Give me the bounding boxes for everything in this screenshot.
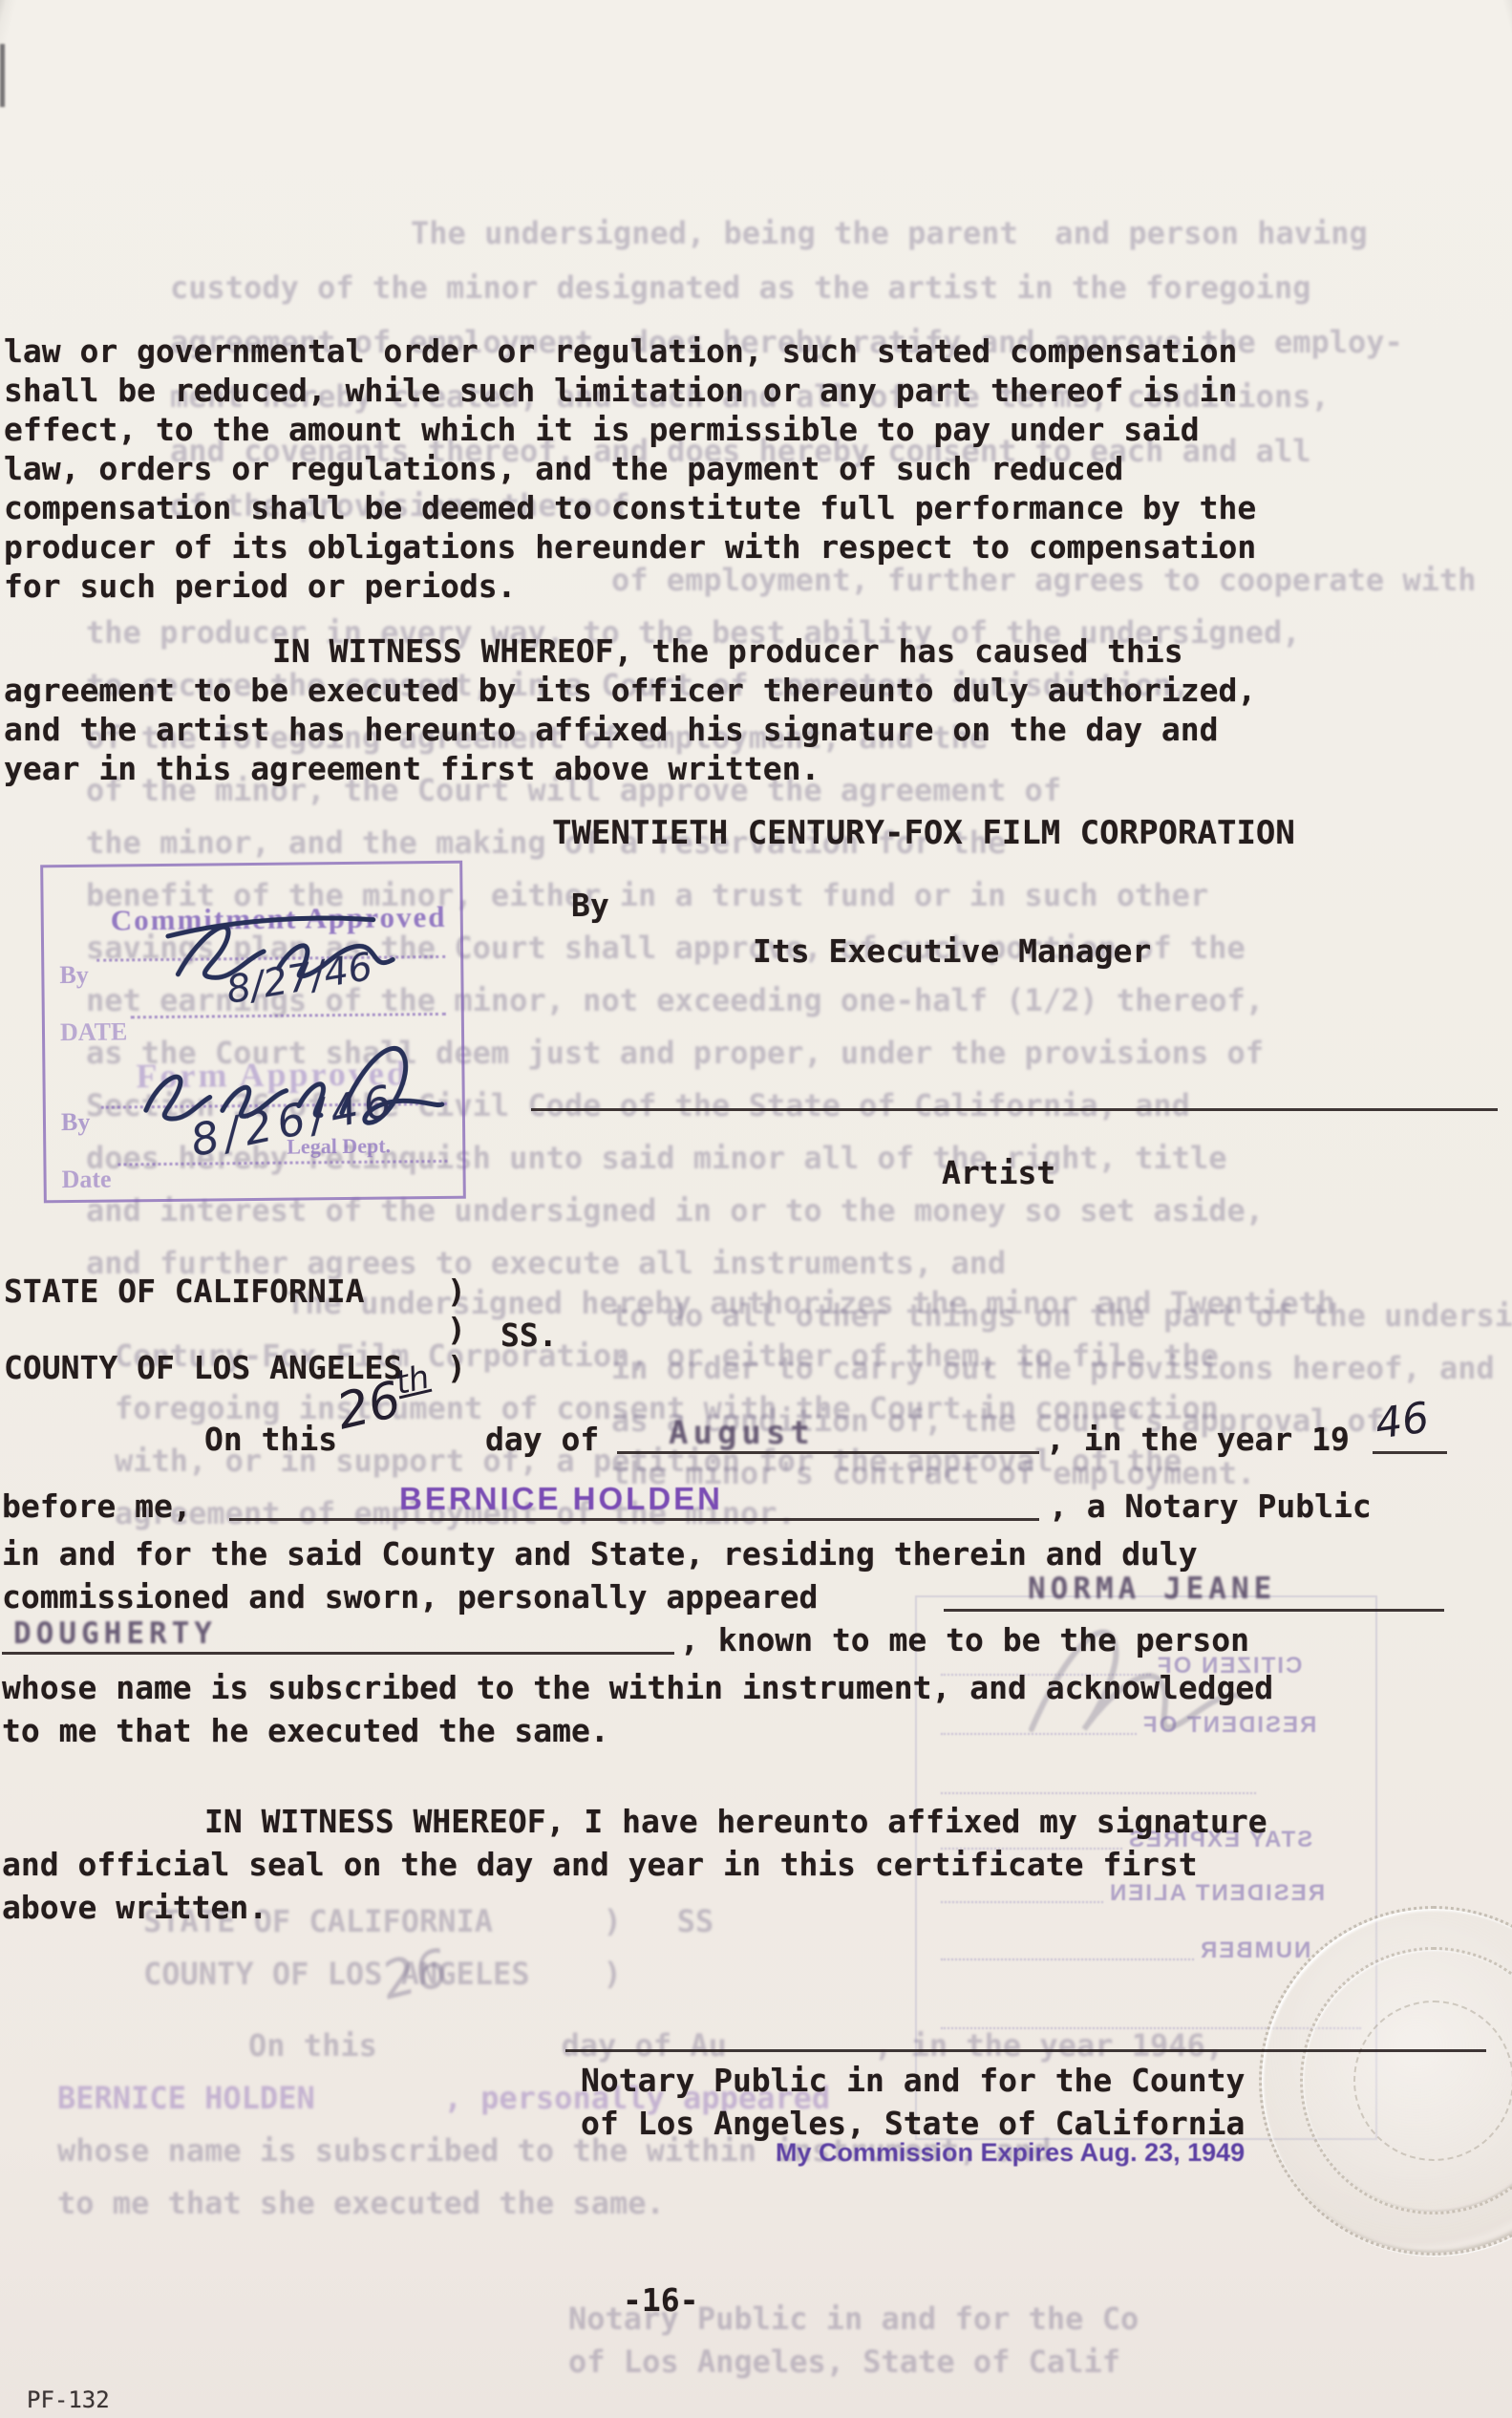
scan-edge-mark xyxy=(0,44,5,107)
ghost-line: The undersigned, being the parent and pe… xyxy=(411,215,1368,251)
typed-line: law, orders or regulations, and the paym… xyxy=(4,450,1123,488)
date-label: DATE xyxy=(60,1017,128,1047)
by-label: By xyxy=(59,961,89,990)
year-handwritten: 46 xyxy=(1373,1393,1433,1448)
appeared-line xyxy=(944,1609,1444,1612)
month-stamped: August xyxy=(669,1414,815,1452)
ss-label: SS. xyxy=(500,1316,558,1355)
typed-line: shall be reduced, while such limitation … xyxy=(4,372,1237,410)
typed-line: and official seal on the day and year in… xyxy=(2,1846,1198,1884)
typed-line: for such period or periods. xyxy=(4,567,516,606)
typed-line: whose name is subscribed to the within i… xyxy=(2,1669,1273,1707)
typed-line: in and for the said County and State, re… xyxy=(2,1535,1198,1573)
document-page: The undersigned, being the parent and pe… xyxy=(0,0,1512,2418)
by2-label: By xyxy=(61,1108,91,1137)
year-line xyxy=(1373,1451,1447,1454)
appeared-name-stamped: NORMA JEANE xyxy=(1028,1572,1276,1606)
typed-line: and the artist has hereunto affixed his … xyxy=(4,711,1219,749)
artist-signature-line xyxy=(531,1108,1498,1111)
typed-line: commissioned and sworn, personally appea… xyxy=(2,1578,818,1616)
day-of-label: day of xyxy=(485,1421,599,1459)
ghost-handwritten-day: 26 xyxy=(375,1937,454,2012)
artist-label: Artist xyxy=(942,1154,1055,1192)
appeared-line2 xyxy=(2,1652,674,1655)
by-label: By xyxy=(571,887,609,925)
year-prefix: , in the year 19 xyxy=(1046,1421,1350,1459)
ghost-line: custody of the minor designated as the a… xyxy=(170,269,1310,306)
known-suffix: , known to me to be the person xyxy=(680,1621,1249,1659)
ghost-line: of Los Angeles, State of Calif xyxy=(568,2343,1120,2380)
notary-name-stamped: BERNICE HOLDEN xyxy=(399,1481,723,1517)
ghost-line: of employment, further agrees to coopera… xyxy=(611,562,1476,598)
typed-line: agreement to be executed by its officer … xyxy=(4,672,1256,710)
bleed-dotted-line xyxy=(941,1792,1256,1794)
on-this-label: On this xyxy=(204,1421,337,1459)
typed-line: compensation shall be deemed to constitu… xyxy=(4,489,1256,527)
page-number: -16- xyxy=(623,2281,698,2320)
stamp-dotted-line xyxy=(131,1013,446,1018)
form-code: PF-132 xyxy=(27,2386,110,2413)
paren: ) xyxy=(447,1311,466,1349)
typed-line: IN WITNESS WHEREOF, I have hereunto affi… xyxy=(204,1803,1267,1841)
ghost-line: to me that she executed the same. xyxy=(57,2185,665,2221)
notary-title-line1: Notary Public in and for the County xyxy=(581,2062,1245,2100)
date2-label: Date xyxy=(61,1166,111,1195)
executive-title: Its Executive Manager xyxy=(753,932,1151,971)
paren: ) xyxy=(447,1273,466,1311)
notary-signature-line xyxy=(565,2049,1486,2052)
commitment-approved-stamp: Commitment Approved By DATE 8/27/46 Form… xyxy=(40,861,466,1204)
typed-line: year in this agreement first above writt… xyxy=(4,750,820,788)
stamp-dotted-line xyxy=(117,1160,447,1166)
bleed-dotted-line xyxy=(941,1901,1103,1903)
typed-line: to me that he executed the same. xyxy=(2,1712,609,1750)
notary-title-line2: of Los Angeles, State of California xyxy=(581,2105,1245,2143)
commission-expiry-stamp: My Commission Expires Aug. 23, 1949 xyxy=(776,2138,1245,2168)
typed-line: law or governmental order or regulation,… xyxy=(4,332,1237,371)
before-me-label: before me, xyxy=(2,1487,192,1526)
state-line: STATE OF CALIFORNIA xyxy=(4,1273,365,1311)
appeared-name-stamped2: DOUGHERTY xyxy=(13,1616,217,1651)
typed-line: above written. xyxy=(2,1889,267,1927)
paren: ) xyxy=(447,1349,466,1387)
typed-line: IN WITNESS WHEREOF, the producer has cau… xyxy=(272,632,1183,671)
typed-line: effect, to the amount which it is permis… xyxy=(4,411,1200,449)
typed-line: producer of its obligations hereunder wi… xyxy=(4,528,1256,567)
notary-suffix: , a Notary Public xyxy=(1049,1487,1372,1526)
notary-name-line xyxy=(229,1518,1039,1521)
bleed-label: RESIDENT ALIEN xyxy=(1108,1880,1325,1907)
